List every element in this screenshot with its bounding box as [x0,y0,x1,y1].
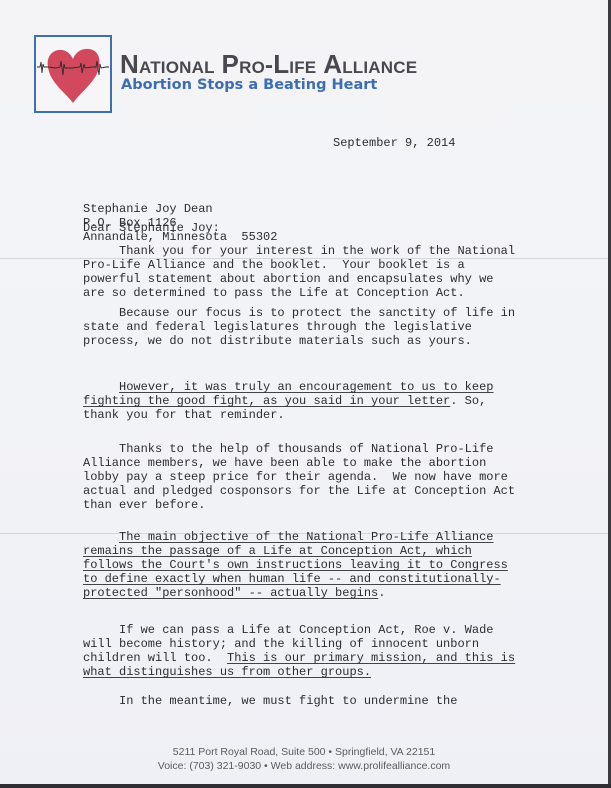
text-line: follows the Court's own instructions lea… [83,558,508,572]
text-line: Thanks to the help of thousands of Natio… [83,442,515,456]
text-line: children will too. This is our primary m… [83,651,515,665]
underlined-text: However, it was truly an encouragement t… [119,380,493,394]
body-paragraph: The main objective of the National Pro-L… [83,530,508,600]
heart-heartbeat-icon [36,37,110,111]
underlined-text: remains the passage of a Life at Concept… [83,544,472,558]
body-paragraph: Thank you for your interest in the work … [83,244,515,300]
letter-date: September 9, 2014 [333,136,455,150]
letter-page: National Pro-Life Alliance Abortion Stop… [0,0,608,784]
underlined-text: fighting the good fight, as you said in … [83,394,450,408]
body-paragraph: If we can pass a Life at Conception Act,… [83,623,515,679]
text-line: process, we do not distribute materials … [83,334,515,348]
text-line: what distinguishes us from other groups. [83,665,515,679]
text-line: In the meantime, we must fight to underm… [83,694,457,708]
text-line: Alliance members, we have been able to m… [83,456,515,470]
organization-name: National Pro-Life Alliance [120,49,417,80]
body-paragraph: Because our focus is to protect the sanc… [83,306,515,348]
text-line: thank you for that reminder. [83,408,493,422]
underlined-text: what distinguishes us from other groups. [83,665,371,679]
text-line: If we can pass a Life at Conception Act,… [83,623,515,637]
body-paragraph: However, it was truly an encouragement t… [83,380,493,422]
scan-edge [0,784,611,788]
body-paragraph: Thanks to the help of thousands of Natio… [83,442,515,512]
text-line: remains the passage of a Life at Concept… [83,544,508,558]
text-line: powerful statement about abortion and en… [83,272,515,286]
text-line: lobby pay a steep price for their agenda… [83,470,515,484]
text-line: state and federal legislatures through t… [83,320,515,334]
underlined-text: protected "personhood" -- actually begin… [83,586,378,600]
underlined-text: follows the Court's own instructions lea… [83,558,508,572]
recipient-name: Stephanie Joy Dean [83,202,277,216]
text-line: Pro-Life Alliance and the booklet. Your … [83,258,515,272]
text-line: However, it was truly an encouragement t… [83,380,493,394]
text-line: are so determined to pass the Life at Co… [83,286,515,300]
text-line: The main objective of the National Pro-L… [83,530,508,544]
text-line: actual and pledged cosponsors for the Li… [83,484,515,498]
text-line: will become history; and the killing of … [83,637,515,651]
organization-tagline: Abortion Stops a Beating Heart [121,77,377,93]
underlined-text: to define exactly when human life -- and… [83,572,501,586]
underlined-text: This is our primary mission, and this is [227,651,515,665]
underlined-text: The main objective of the National Pro-L… [119,530,493,544]
salutation: Dear Stephanie Joy: [83,221,220,235]
logo [34,35,112,113]
text-line: fighting the good fight, as you said in … [83,394,493,408]
text-line: protected "personhood" -- actually begin… [83,586,508,600]
footer-address: 5211 Port Royal Road, Suite 500 • Spring… [0,746,608,758]
text-line: than ever before. [83,498,515,512]
text-line: to define exactly when human life -- and… [83,572,508,586]
text-line: Because our focus is to protect the sanc… [83,306,515,320]
text-line: Thank you for your interest in the work … [83,244,515,258]
footer-contact: Voice: (703) 321-9030 • Web address: www… [0,760,608,772]
body-paragraph: In the meantime, we must fight to underm… [83,694,457,708]
